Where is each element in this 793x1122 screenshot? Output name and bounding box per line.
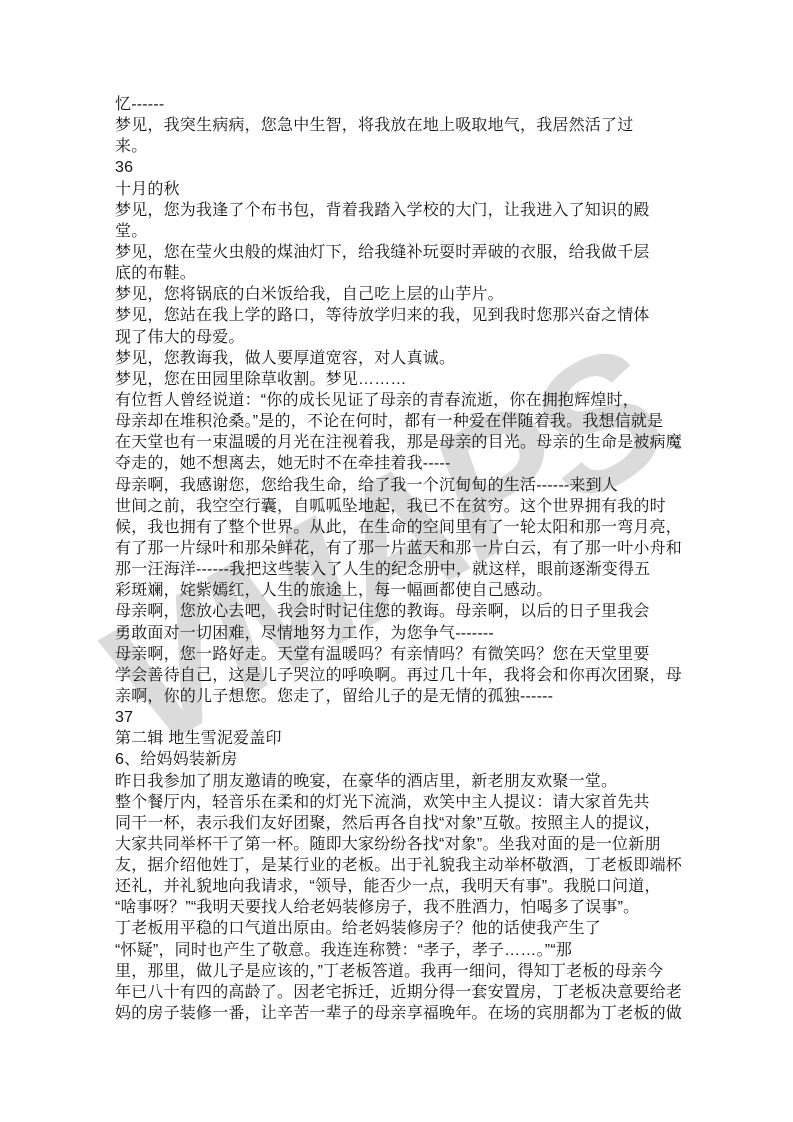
text-line: 梦见，您为我逢了个布书包，背着我踏入学校的大门，让我进入了知识的殿 xyxy=(115,200,700,221)
text-line: 母亲却在堆积沧桑。”是的，不论在何时，都有一种爱在伴随着我。我想信就是 xyxy=(115,411,700,432)
section-title: 十月的秋 xyxy=(115,179,700,200)
text-line: 梦见，您在田园里除草收割。梦见……… xyxy=(115,369,700,390)
text-line: 友，据介绍他姓丁，是某行业的老板。出于礼貌我主动举杯敬酒，丁老板即端杯 xyxy=(115,855,700,876)
text-line: 来。 xyxy=(115,136,700,157)
text-line: 有位哲人曾经说道：“你的成长见证了母亲的青春流逝，你在拥抱辉煌时， xyxy=(115,390,700,411)
text-line: 丁老板用平稳的口气道出原由。给老妈装修房子？他的话使我产生了 xyxy=(115,918,700,939)
text-line: 忆------ xyxy=(115,94,700,115)
text-line: 那一汪海洋------我把这些装入了人生的纪念册中，就这样，眼前逐渐变得五 xyxy=(115,559,700,580)
text-line: 有了那一片绿叶和那朵鲜花，有了那一片蓝天和那一片白云，有了那一叶小舟和 xyxy=(115,538,700,559)
text-line: 在天堂也有一束温暖的月光在注视着我，那是母亲的目光。母亲的生命是被病魔 xyxy=(115,432,700,453)
text-line: “怀疑”，同时也产生了敬意。我连连称赞：“孝子，孝子……。”“那 xyxy=(115,940,700,961)
text-line: 梦见，您在莹火虫般的煤油灯下，给我缝补玩耍时弄破的衣服，给我做千层 xyxy=(115,242,700,263)
document-text-block: 忆------ 梦见，我突生病病，您急中生智，将我放在地上吸取地气，我居然活了过… xyxy=(115,94,700,1024)
page-number: 37 xyxy=(115,707,700,728)
text-line: 母亲啊，我感谢您，您给我生命，给了我一个沉甸甸的生活------来到人 xyxy=(115,475,700,496)
chapter-heading: 6、给妈妈装新房 xyxy=(115,749,700,770)
text-line: 现了伟大的母爱。 xyxy=(115,327,700,348)
text-line: 堂。 xyxy=(115,221,700,242)
text-line: 妈的房子装修一番，让辛苦一辈子的母亲享福晚年。在场的宾朋都为丁老板的做 xyxy=(115,1003,700,1024)
text-line: 亲啊，你的儿子想您。您走了，留给儿子的是无情的孤独------ xyxy=(115,686,700,707)
text-line: 还礼，并礼貌地向我请求，“领导，能否少一点，我明天有事”。我脱口问道， xyxy=(115,876,700,897)
text-line: 梦见，您将锅底的白米饭给我，自己吃上层的山芋片。 xyxy=(115,284,700,305)
text-line: 里，那里，做儿子是应该的，”丁老板答道。我再一细问，得知丁老板的母亲今 xyxy=(115,961,700,982)
text-line: 整个餐厅内，轻音乐在柔和的灯光下流淌，欢笑中主人提议：请大家首先共 xyxy=(115,792,700,813)
page-number: 36 xyxy=(115,157,700,178)
text-line: 候，我也拥有了整个世界。从此，在生命的空间里有了一轮太阳和那一弯月亮， xyxy=(115,517,700,538)
text-line: 大家共同举杯干了第一杯。随即大家纷纷各找“对象”。坐我对面的是一位新朋 xyxy=(115,834,700,855)
text-line: 梦见，我突生病病，您急中生智，将我放在地上吸取地气，我居然活了过 xyxy=(115,115,700,136)
text-line: 彩斑斓，姹紫嫣红，人生的旅途上，每一幅画都使自己感动。 xyxy=(115,580,700,601)
text-line: 昨日我参加了朋友邀请的晚宴，在豪华的酒店里，新老朋友欢聚一堂。 xyxy=(115,771,700,792)
text-line: 夺走的，她不想离去，她无时不在牵挂着我----- xyxy=(115,453,700,474)
text-line: 同干一杯，表示我们友好团聚，然后再各自找“对象”互敬。按照主人的提议， xyxy=(115,813,700,834)
text-line: 母亲啊，您一路好走。天堂有温暖吗？有亲情吗？有微笑吗？您在天堂里要 xyxy=(115,644,700,665)
text-line: 梦见，您教诲我，做人要厚道宽容，对人真诚。 xyxy=(115,348,700,369)
section-heading: 第二辑 地生雪泥爱盖印 xyxy=(115,728,700,749)
text-line: 年已八十有四的高龄了。因老宅拆迁，近期分得一套安置房，丁老板决意要给老 xyxy=(115,982,700,1003)
text-line: “啥事呀？”“我明天要找人给老妈装修房子，我不胜酒力，怕喝多了误事”。 xyxy=(115,897,700,918)
text-line: 梦见，您站在我上学的路口，等待放学归来的我，见到我时您那兴奋之情体 xyxy=(115,305,700,326)
text-line: 勇敢面对一切困难，尽情地努力工作，为您争气------- xyxy=(115,623,700,644)
document-page: VMAPS 忆------ 梦见，我突生病病，您急中生智，将我放在地上吸取地气，… xyxy=(0,0,793,1122)
text-line: 学会善待自己，这是儿子哭泣的呼唤啊。再过几十年，我将会和你再次团聚，母 xyxy=(115,665,700,686)
text-line: 母亲啊，您放心去吧，我会时时记住您的教诲。母亲啊，以后的日子里我会 xyxy=(115,601,700,622)
text-line: 世间之前，我空空行囊，自呱呱坠地起，我已不在贫穷。这个世界拥有我的时 xyxy=(115,496,700,517)
text-line: 底的布鞋。 xyxy=(115,263,700,284)
